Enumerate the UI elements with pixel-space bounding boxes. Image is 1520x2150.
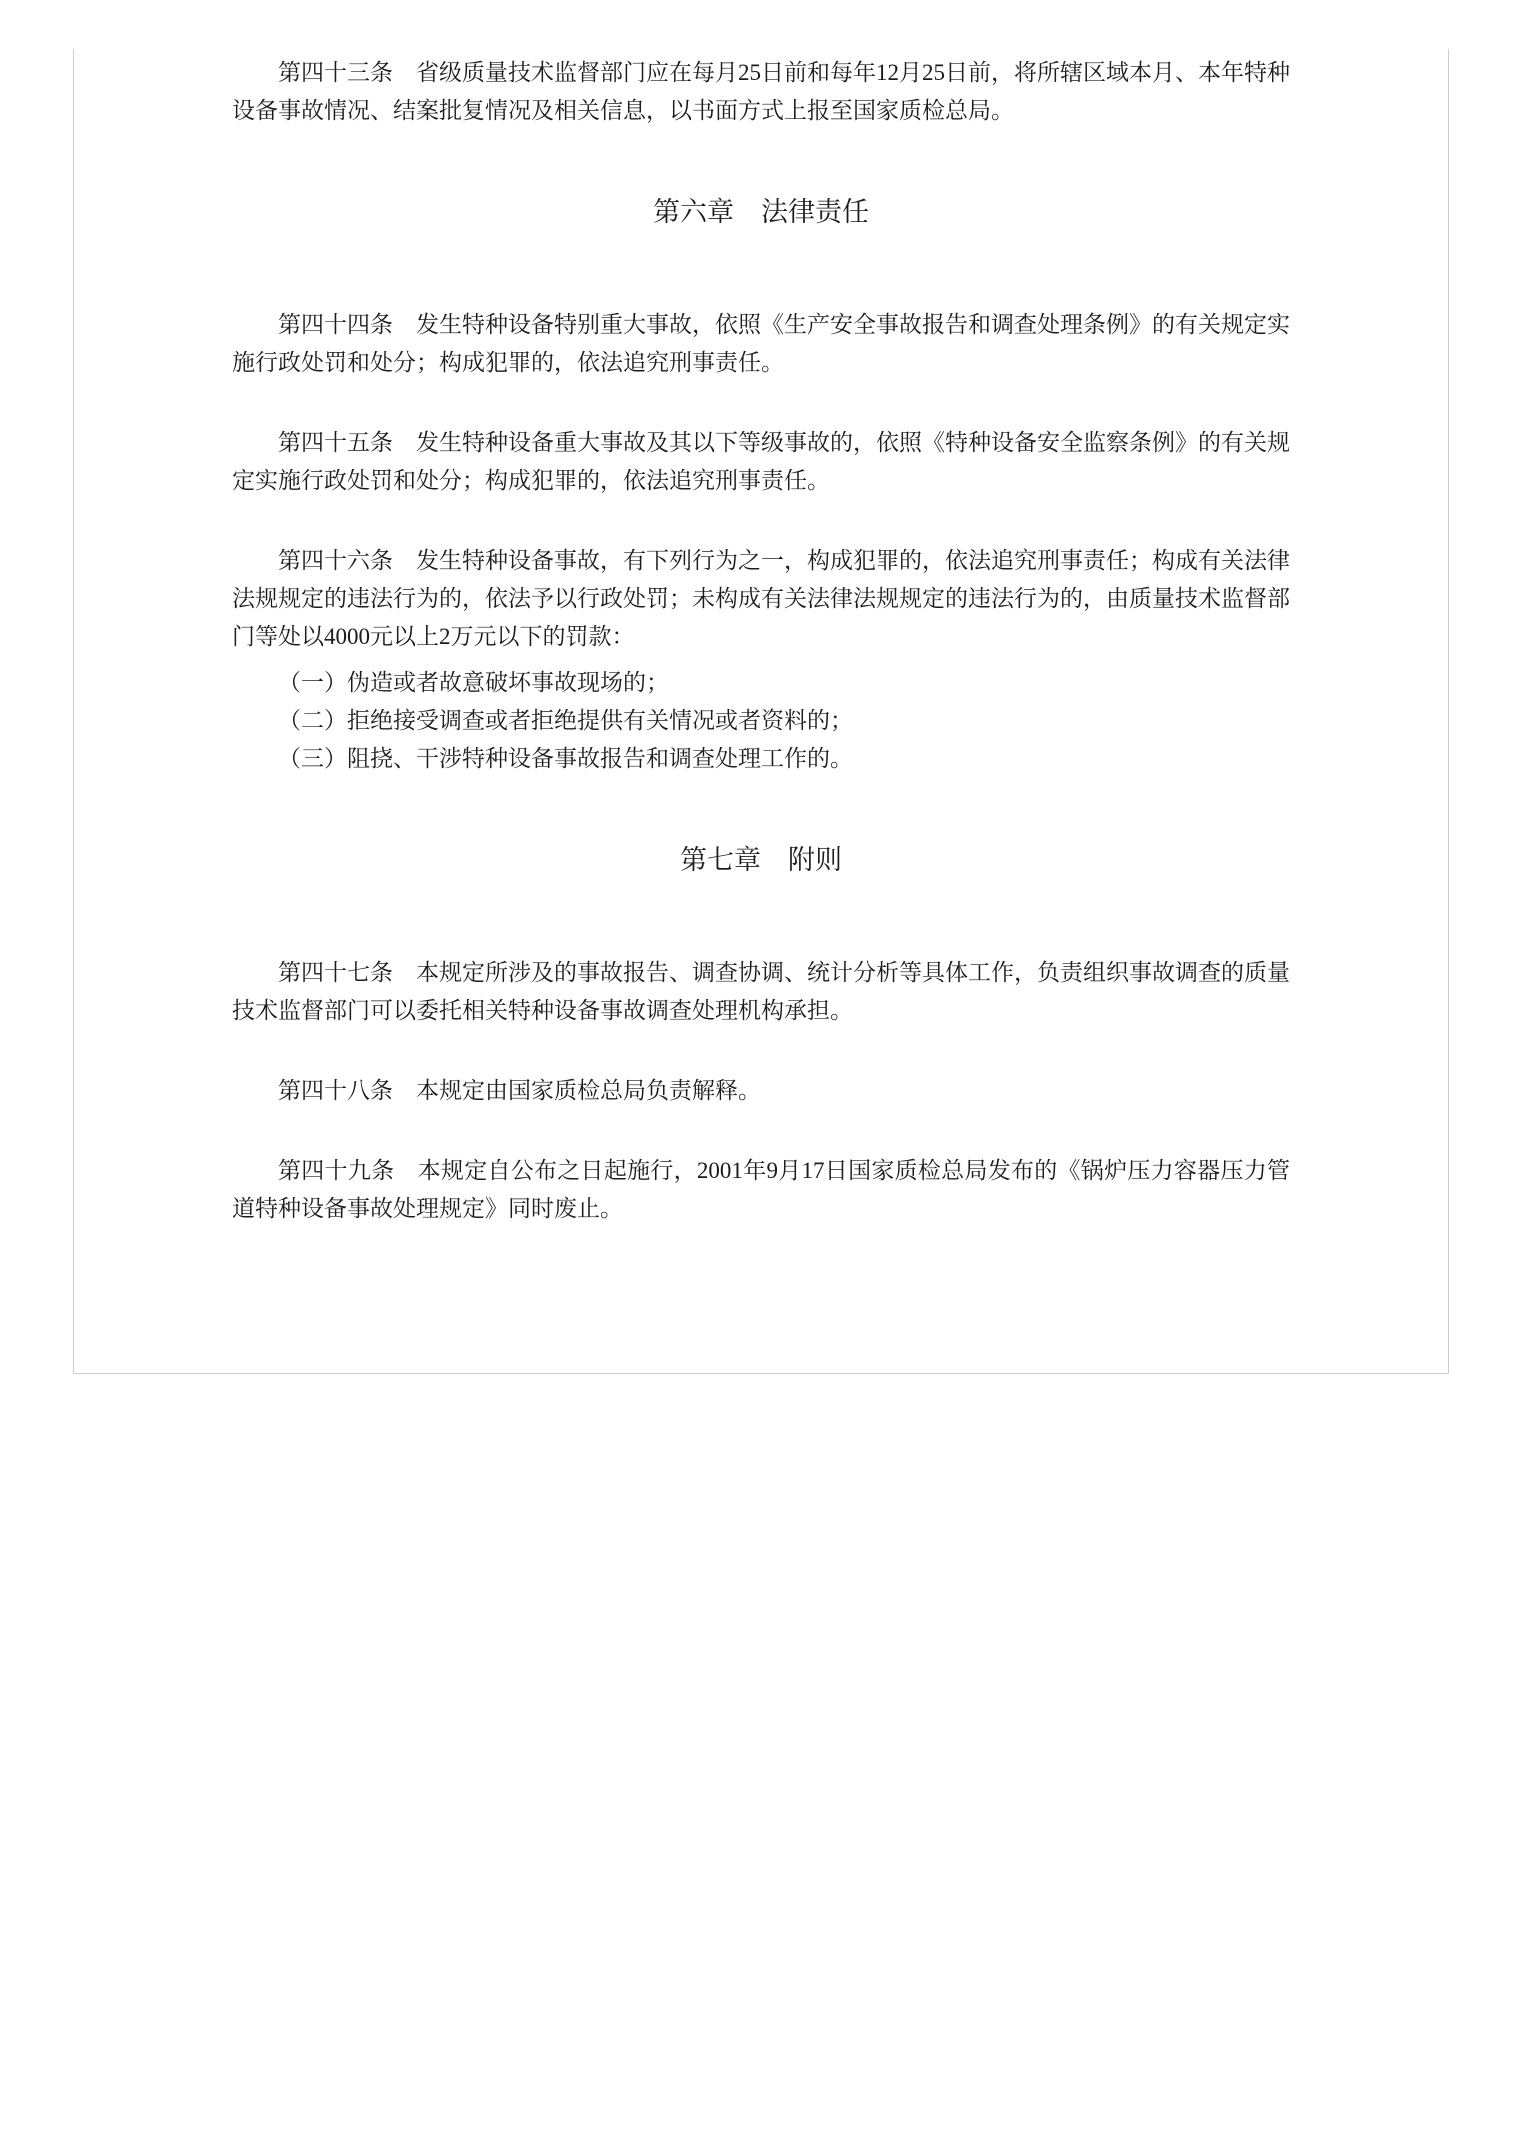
article-paragraph: 第四十四条 发生特种设备特别重大事故，依照《生产安全事故报告和调查处理条例》的有… [232, 306, 1290, 382]
article-paragraph: 第四十六条 发生特种设备事故，有下列行为之一，构成犯罪的，依法追究刑事责任；构成… [232, 542, 1290, 656]
chapter-heading: 第六章 法律责任 [232, 190, 1290, 234]
numbered-list-item: （三）阻挠、干涉特种设备事故报告和调查处理工作的。 [232, 740, 1290, 778]
chapter-heading: 第七章 附则 [232, 838, 1290, 882]
article-paragraph: 第四十五条 发生特种设备重大事故及其以下等级事故的，依照《特种设备安全监察条例》… [232, 424, 1290, 500]
regulation-page-card: 第四十三条 省级质量技术监督部门应在每月25日前和每年12月25日前，将所辖区域… [73, 49, 1449, 1374]
article-paragraph: 第四十七条 本规定所涉及的事故报告、调查协调、统计分析等具体工作，负责组织事故调… [232, 954, 1290, 1030]
numbered-list-item: （一）伪造或者故意破坏事故现场的； [232, 664, 1290, 702]
numbered-list-item: （二）拒绝接受调查或者拒绝提供有关情况或者资料的； [232, 702, 1290, 740]
regulation-document-body: 第四十三条 省级质量技术监督部门应在每月25日前和每年12月25日前，将所辖区域… [232, 54, 1290, 1228]
article-paragraph: 第四十八条 本规定由国家质检总局负责解释。 [232, 1072, 1290, 1110]
article-paragraph: 第四十三条 省级质量技术监督部门应在每月25日前和每年12月25日前，将所辖区域… [232, 54, 1290, 130]
document-page: { "page": { "background": "#ffffff", "ca… [0, 0, 1520, 2150]
article-paragraph: 第四十九条 本规定自公布之日起施行，2001年9月17日国家质检总局发布的《锅炉… [232, 1152, 1290, 1228]
